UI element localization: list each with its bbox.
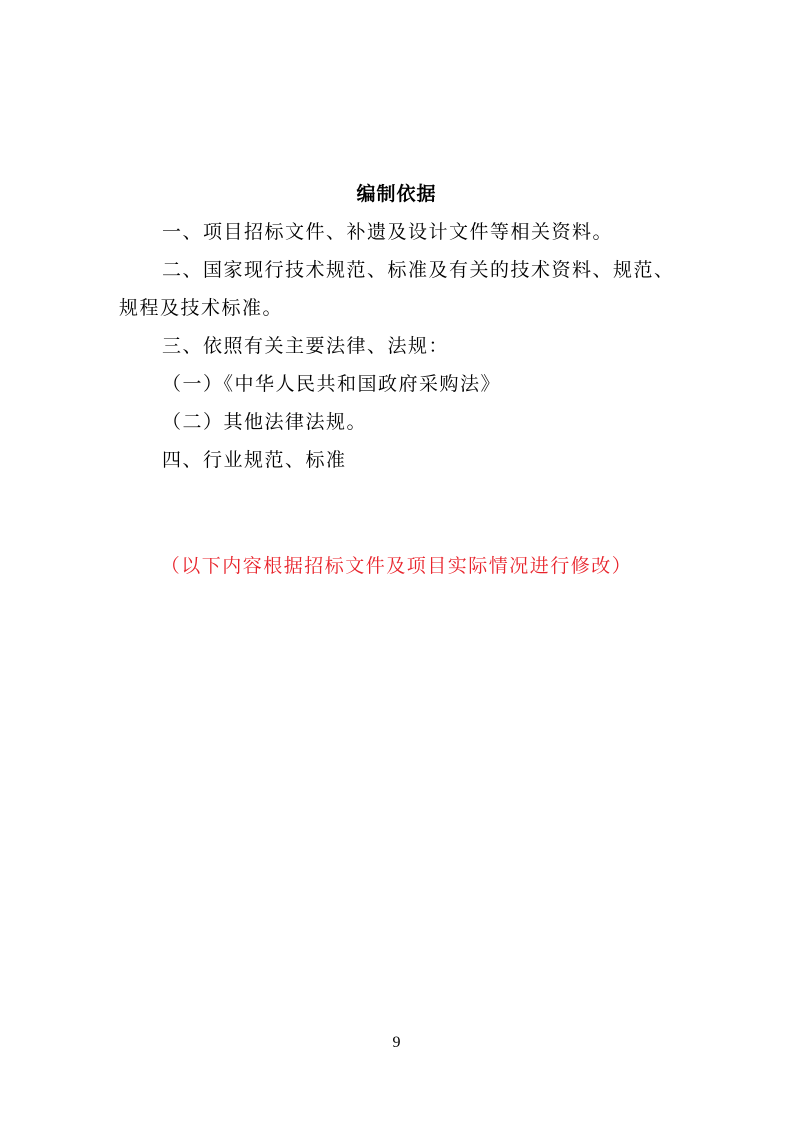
paragraph-item-1: 一、项目招标文件、补遗及设计文件等相关资料。 xyxy=(162,218,613,246)
paragraph-item-3: 三、依照有关主要法律、法规： xyxy=(162,332,449,360)
revision-note: （以下内容根据招标文件及项目实际情况进行修改） xyxy=(0,552,793,580)
paragraph-item-2: 二、国家现行技术规范、标准及有关的技术资料、规范、 xyxy=(162,256,675,284)
document-page: 编制依据 一、项目招标文件、补遗及设计文件等相关资料。 二、国家现行技术规范、标… xyxy=(0,0,793,1122)
paragraph-item-2-continuation: 规程及技术标准。 xyxy=(119,294,283,322)
sub-item-1: （一）《中华人民共和国政府采购法》 xyxy=(162,370,501,398)
sub-item-2: （二）其他法律法规。 xyxy=(162,408,367,436)
page-number: 9 xyxy=(0,1033,793,1053)
paragraph-item-4: 四、行业规范、标准 xyxy=(162,446,347,474)
section-title: 编制依据 xyxy=(0,180,793,208)
